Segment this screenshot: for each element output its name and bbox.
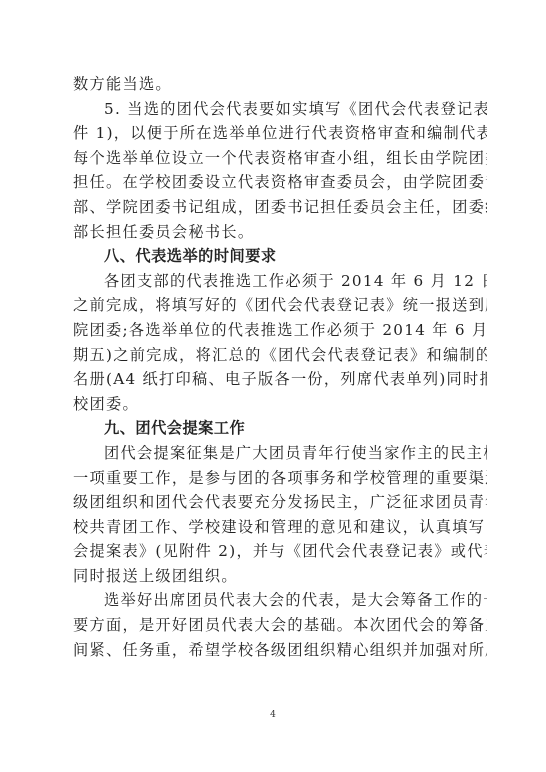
paragraph-line: 数方能当选。 — [73, 72, 487, 97]
paragraph-line: 一项重要工作，是参与团的各项事务和学校管理的重要渠道。各 — [73, 466, 487, 491]
paragraph-line: 级团组织和团代会代表要充分发扬民主，广泛征求团员青年对我 — [73, 490, 487, 515]
paragraph-line: 会提案表》(见附件 2)，并与《团代会代表登记表》或代表名册 — [73, 539, 487, 564]
paragraph-line: 同时报送上级团组织。 — [73, 564, 487, 589]
paragraph-line: 校共青团工作、学校建设和管理的意见和建议，认真填写《团代 — [73, 515, 487, 540]
paragraph-line: 各团支部的代表推选工作必须于 2014 年 6 月 12 日(星期四) — [73, 269, 487, 294]
section-heading-9: 九、团代会提案工作 — [73, 416, 487, 441]
paragraph-line: 要方面，是开好团员代表大会的基础。本次团代会的筹备工作时 — [73, 613, 487, 638]
page-number: 4 — [0, 710, 546, 720]
paragraph-line: 每个选举单位设立一个代表资格审查小组，组长由学院团委书记 — [73, 146, 487, 171]
paragraph-line: 校团委。 — [73, 392, 487, 417]
paragraph-line: 担任。在学校团委设立代表资格审查委员会，由学院团委专职干 — [73, 170, 487, 195]
paragraph-line: 5. 当选的团代会代表要如实填写《团代会代表登记表》(见附 — [73, 97, 487, 122]
paragraph-line: 之前完成，将填写好的《团代会代表登记表》统一报送到所在学 — [73, 293, 487, 318]
paragraph-line: 期五)之前完成，将汇总的《团代会代表登记表》和编制的代表 — [73, 343, 487, 368]
section-heading-8: 八、代表选举的时间要求 — [73, 244, 487, 269]
paragraph-line: 名册(A4 纸打印稿、电子版各一份，列席代表单列)同时报送学 — [73, 367, 487, 392]
paragraph-line: 间紧、任务重，希望学校各级团组织精心组织并加强对所属团组 — [73, 638, 487, 663]
paragraph-line: 院团委;各选举单位的代表推选工作必须于 2014 年 6 月 13 日(星 — [73, 318, 487, 343]
paragraph-line: 选举好出席团员代表大会的代表，是大会筹备工作的一个重 — [73, 588, 487, 613]
document-page: 数方能当选。 5. 当选的团代会代表要如实填写《团代会代表登记表》(见附 件 1… — [73, 72, 487, 662]
paragraph-line: 部、学院团委书记组成，团委书记担任委员会主任，团委组织部 — [73, 195, 487, 220]
paragraph-line: 件 1)，以便于所在选举单位进行代表资格审查和编制代表名册。 — [73, 121, 487, 146]
paragraph-line: 部长担任委员会秘书长。 — [73, 220, 487, 245]
paragraph-line: 团代会提案征集是广大团员青年行使当家作主的民主权利的 — [73, 441, 487, 466]
